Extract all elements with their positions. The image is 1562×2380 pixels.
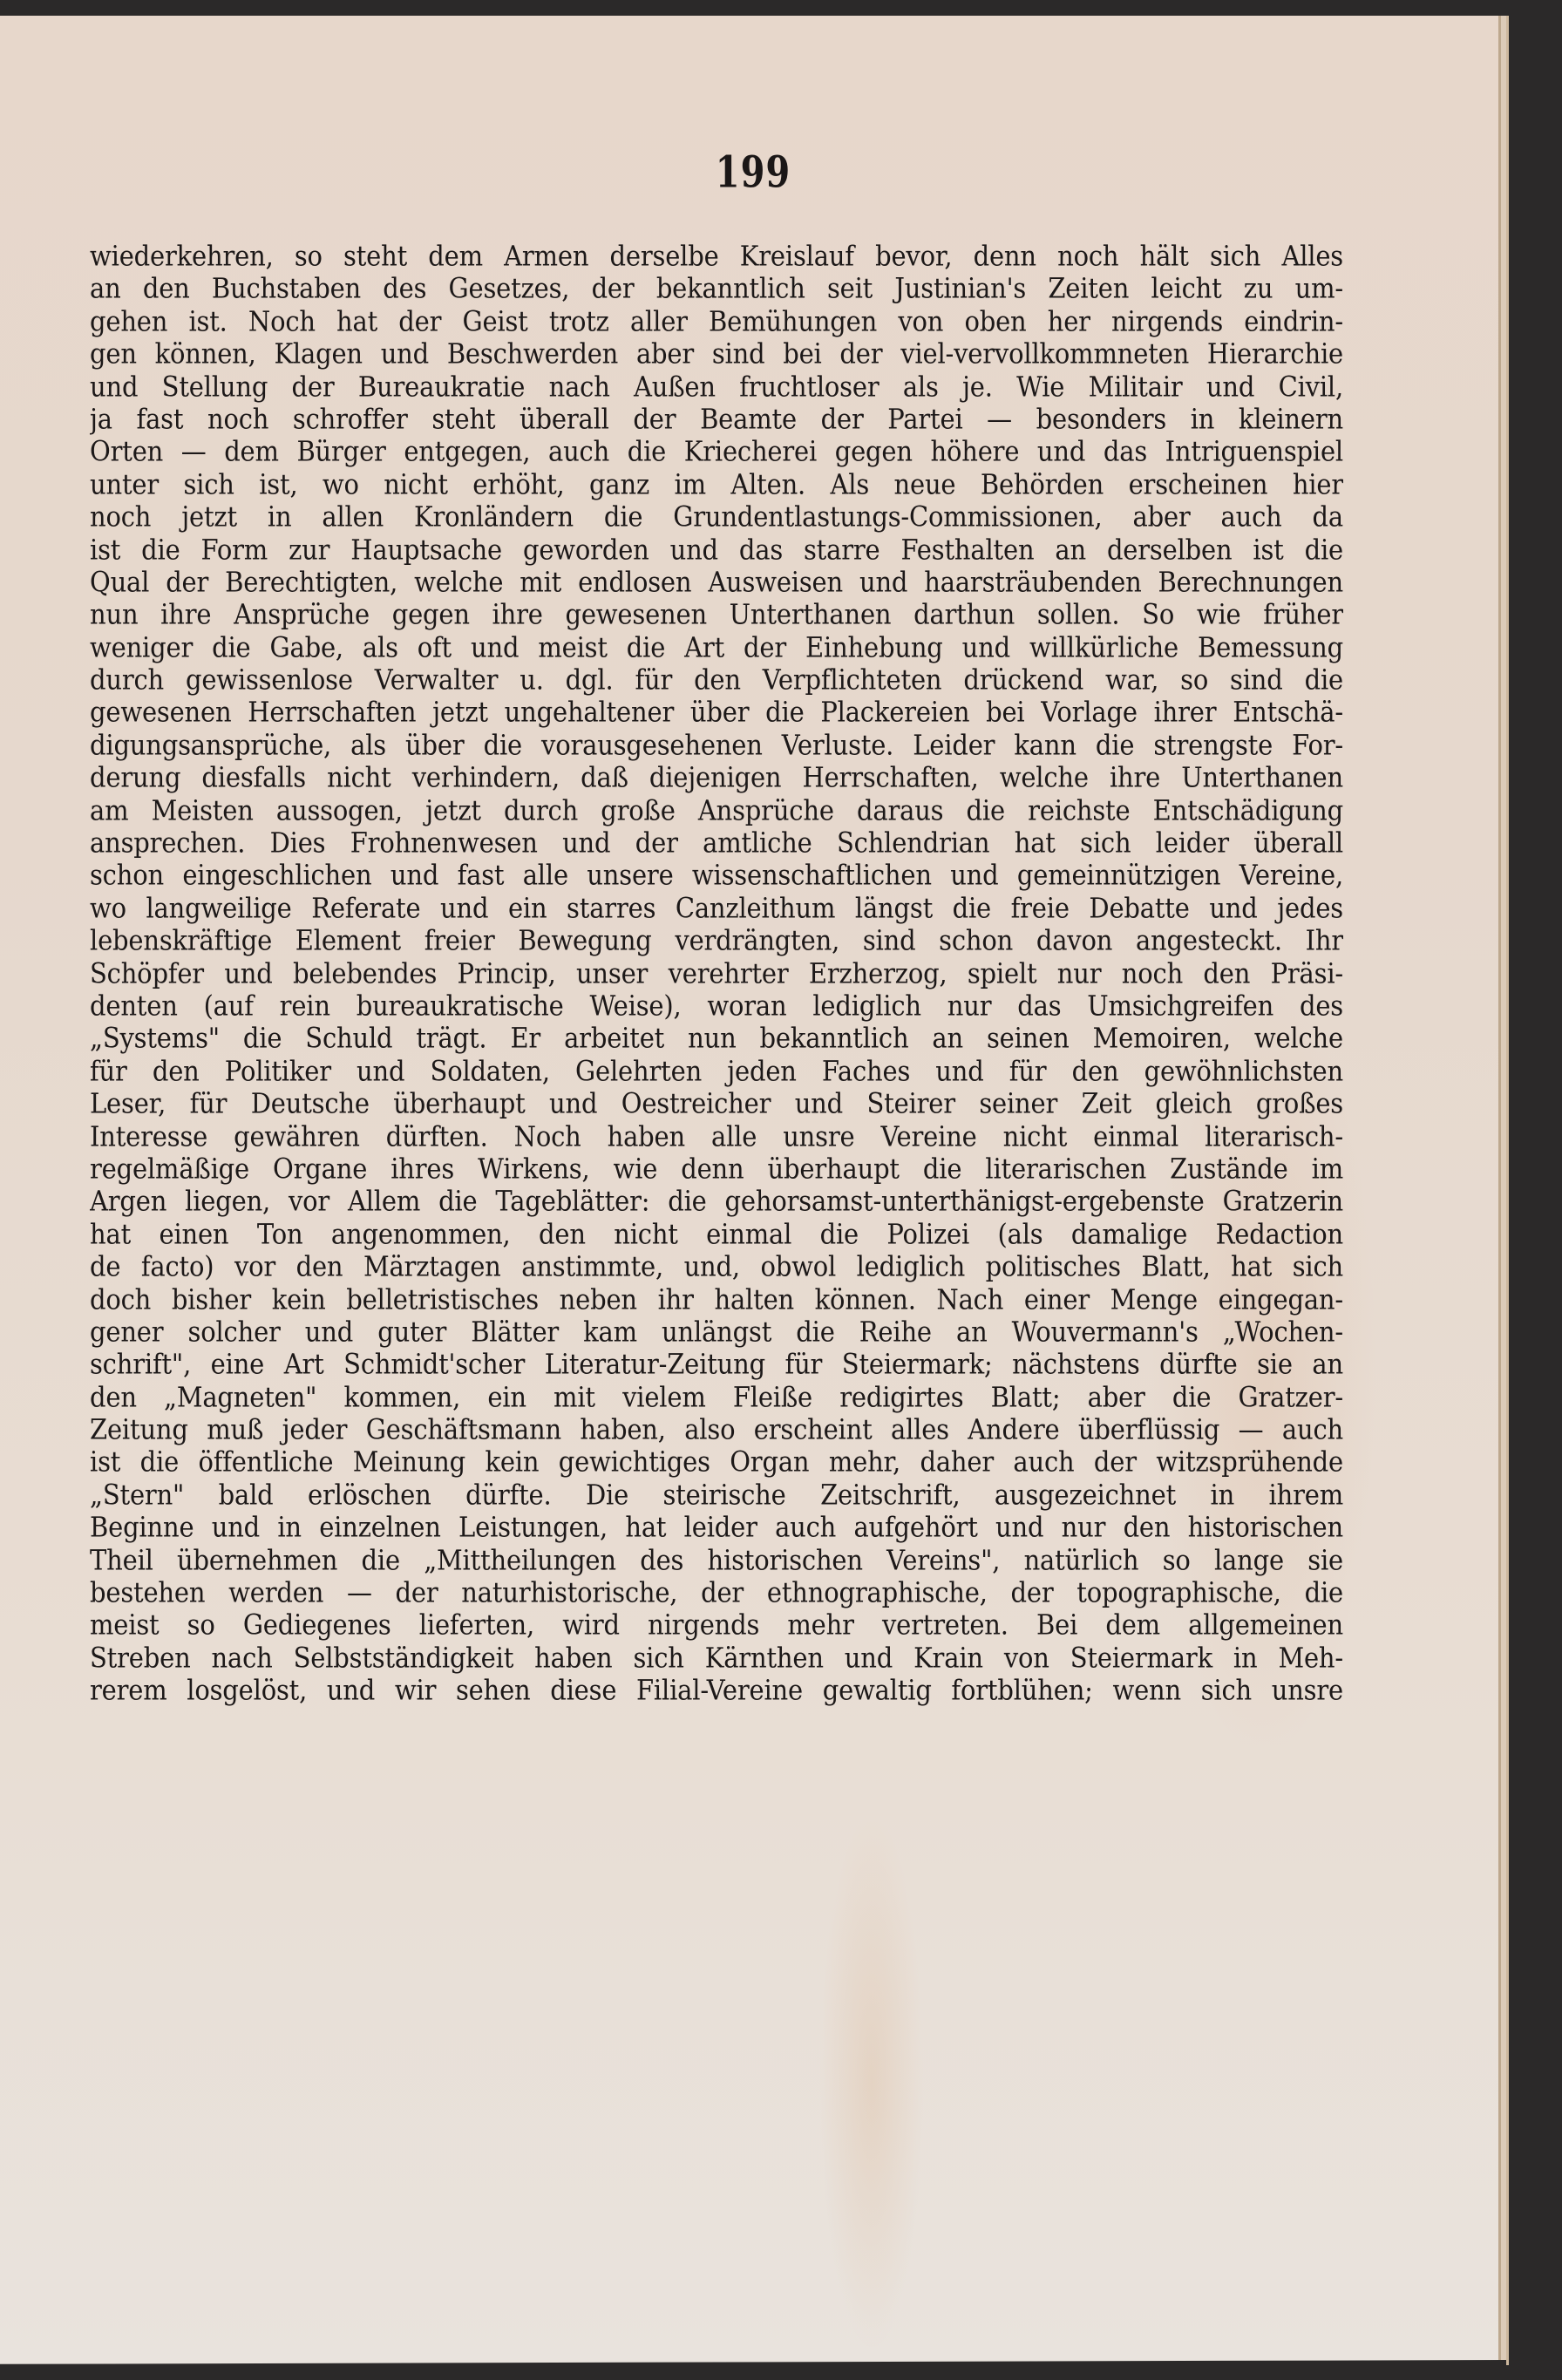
- text-line: Theil übernehmen die „Mittheilungen des …: [90, 1543, 1343, 1578]
- text-line: am Meisten aussogen, jetzt durch große A…: [90, 793, 1343, 828]
- text-line: rerem losgelöst, und wir sehen diese Fil…: [90, 1674, 1343, 1709]
- text-line: gener solcher und guter Blätter kam unlä…: [90, 1315, 1343, 1350]
- text-line: schon eingeschlichen und fast alle unser…: [90, 859, 1343, 894]
- text-line: Interesse gewähren dürften. Noch haben a…: [90, 1119, 1343, 1154]
- text-line: durch gewissenlose Verwalter u. dgl. für…: [90, 663, 1343, 698]
- text-line: schrift", eine Art Schmidt'scher Literat…: [90, 1348, 1343, 1383]
- text-line: Schöpfer und belebendes Princip, unser v…: [90, 956, 1343, 991]
- text-line: wiederkehren, so steht dem Armen derselb…: [90, 240, 1343, 275]
- text-line: de facto) vor den Märztagen anstimmte, u…: [90, 1250, 1343, 1285]
- text-line: den „Magneten" kommen, ein mit vielem Fl…: [90, 1380, 1343, 1415]
- text-line: Beginne und in einzelnen Leistungen, hat…: [90, 1511, 1343, 1546]
- text-line: regelmäßige Organe ihres Wirkens, wie de…: [90, 1152, 1343, 1187]
- text-line: an den Buchstaben des Gesetzes, der beka…: [90, 272, 1343, 307]
- text-line: wo langweilige Referate und ein starres …: [90, 891, 1343, 926]
- text-line: gehen ist. Noch hat der Geist trotz alle…: [90, 304, 1343, 339]
- body-text: wiederkehren, so steht dem Armen derselb…: [90, 241, 1343, 1708]
- text-line: denten (auf rein bureaukratische Weise),…: [90, 989, 1343, 1023]
- text-line: unter sich ist, wo nicht erhöht, ganz im…: [90, 467, 1343, 502]
- text-line: doch bisher kein belletristisches neben …: [90, 1282, 1343, 1317]
- text-line: ist die Form zur Hauptsache geworden und…: [90, 533, 1343, 568]
- page-number: 199: [0, 146, 1506, 198]
- text-line: nun ihre Ansprüche gegen ihre gewesenen …: [90, 598, 1343, 633]
- paper-stain: [819, 1812, 924, 2352]
- text-line: lebenskräftige Element freier Bewegung v…: [90, 924, 1343, 959]
- text-line: Argen liegen, vor Allem die Tageblätter:…: [90, 1185, 1343, 1220]
- text-line: ansprechen. Dies Frohnenwesen und der am…: [90, 826, 1343, 861]
- text-line: Zeitung muß jeder Geschäftsmann haben, a…: [90, 1413, 1343, 1448]
- text-line: derung diesfalls nicht verhindern, daß d…: [90, 761, 1343, 796]
- text-line: für den Politiker und Soldaten, Gelehrte…: [90, 1054, 1343, 1089]
- text-line: Qual der Berechtigten, welche mit endlos…: [90, 565, 1343, 600]
- text-line: und Stellung der Bureaukratie nach Außen…: [90, 370, 1343, 405]
- text-line: ist die öffentliche Meinung kein gewicht…: [90, 1445, 1343, 1480]
- text-line: meist so Gediegenes lieferten, wird nirg…: [90, 1608, 1343, 1643]
- text-line: noch jetzt in allen Kronländern die Grun…: [90, 500, 1343, 535]
- text-line: gen können, Klagen und Beschwerden aber …: [90, 337, 1343, 372]
- text-line: gewesenen Herrschaften jetzt ungehaltene…: [90, 696, 1343, 731]
- text-line: ja fast noch schroffer steht überall der…: [90, 402, 1343, 437]
- text-line: weniger die Gabe, als oft und meist die …: [90, 630, 1343, 665]
- text-line: „Systems" die Schuld trägt. Er arbeitet …: [90, 1022, 1343, 1057]
- text-line: Leser, für Deutsche überhaupt und Oestre…: [90, 1087, 1343, 1122]
- text-line: „Stern" bald erlöschen dürfte. Die steir…: [90, 1478, 1343, 1513]
- text-line: Streben nach Selbstständigkeit haben sic…: [90, 1641, 1343, 1676]
- text-line: digungsansprüche, als über die vorausges…: [90, 728, 1343, 763]
- text-line: bestehen werden — der naturhistorische, …: [90, 1576, 1343, 1611]
- text-line: hat einen Ton angenommen, den nicht einm…: [90, 1217, 1343, 1252]
- book-page: 199 wiederkehren, so steht dem Armen der…: [0, 16, 1509, 2365]
- text-line: Orten — dem Bürger entgegen, auch die Kr…: [90, 435, 1343, 470]
